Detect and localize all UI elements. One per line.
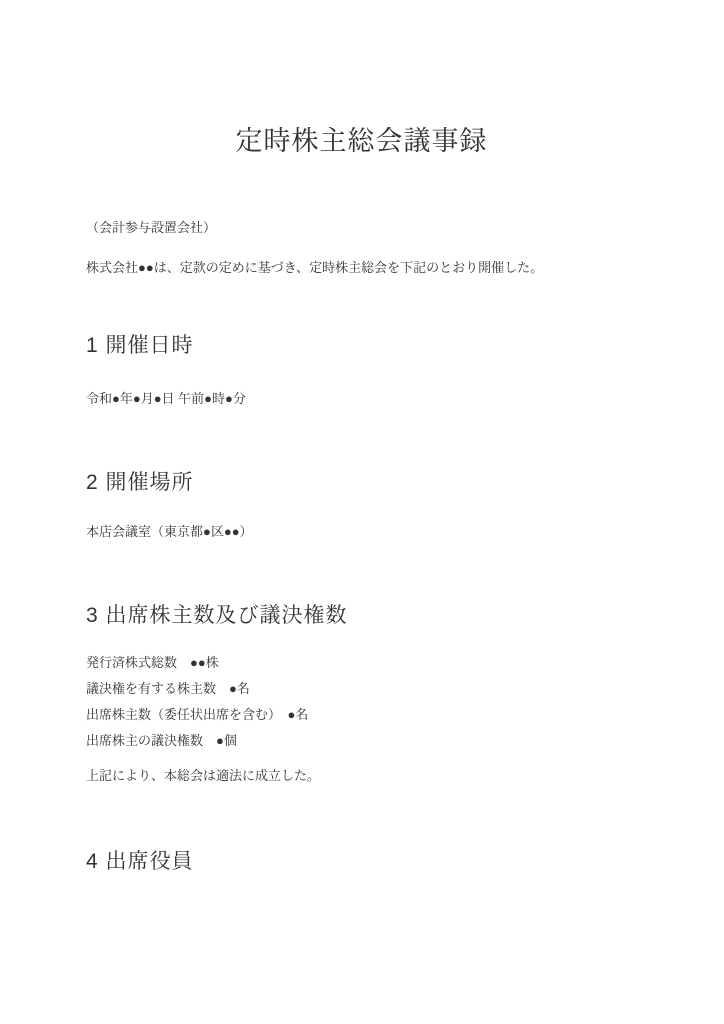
document-title: 定時株主総会議事録 (86, 124, 637, 159)
company-type-note: （会計参与設置会社） (86, 218, 637, 238)
attendance-item-voting-shareholders: 議決権を有する株主数 ●名 (86, 676, 637, 702)
attendance-item-attending-shareholders: 出席株主数（委任状出席を含む） ●名 (86, 702, 637, 728)
section-3-conclusion: 上記により、本総会は適法に成立した。 (86, 766, 637, 786)
attendance-item-voting-rights: 出席株主の議決権数 ●個 (86, 728, 637, 754)
document-page: 定時株主総会議事録 （会計参与設置会社） 株式会社●●は、定款の定めに基づき、定… (0, 0, 724, 1024)
section-2-heading: 2 開催場所 (86, 469, 637, 496)
document-content: 定時株主総会議事録 （会計参与設置会社） 株式会社●●は、定款の定めに基づき、定… (0, 0, 724, 876)
section-1-datetime: 令和●年●月●日 午前●時●分 (86, 389, 637, 409)
section-2-location: 本店会議室（東京都●区●●） (86, 522, 637, 542)
section-4-heading: 4 出席役員 (86, 848, 637, 875)
intro-paragraph: 株式会社●●は、定款の定めに基づき、定時株主総会を下記のとおり開催した。 (86, 258, 637, 278)
attendance-item-issued-shares: 発行済株式総数 ●●株 (86, 650, 637, 676)
section-3-heading: 3 出席株主数及び議決権数 (86, 602, 637, 629)
section-1-heading: 1 開催日時 (86, 332, 637, 359)
